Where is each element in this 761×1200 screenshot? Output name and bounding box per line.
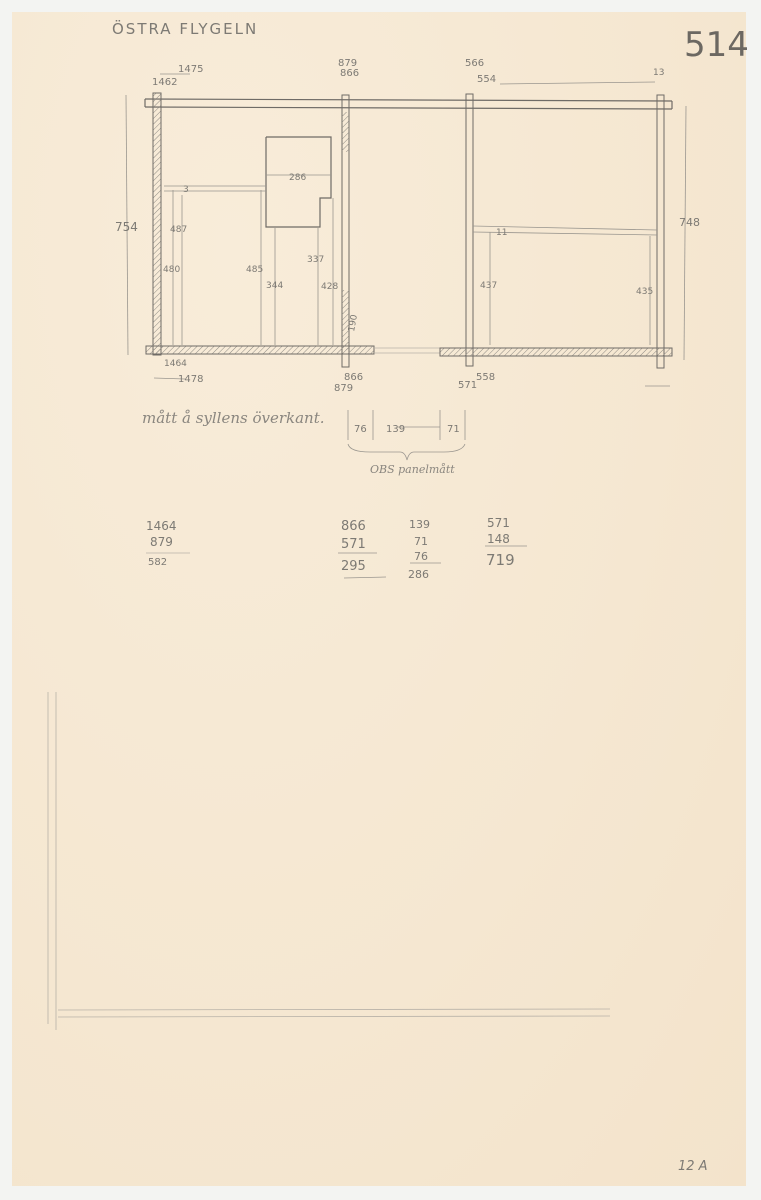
dim-right-gap: 11 [496,228,507,238]
dim-top-right-b: 554 [477,74,496,85]
panel-dim-3: 71 [447,424,460,435]
svg-text:295: 295 [341,559,366,574]
svg-text:719: 719 [486,551,515,569]
dim-small-gap: 3 [183,185,189,195]
calc-1: 1464 879 582 [146,519,190,568]
svg-text:866: 866 [341,519,366,534]
svg-text:571: 571 [487,516,510,530]
dim-right-total: 748 [679,216,700,229]
svg-text:286: 286 [408,568,429,581]
sheet-title: ÖSTRA FLYGELN [112,19,258,38]
dim-h-428: 428 [321,282,338,292]
dimension-lines [126,74,686,386]
panel-dim-2: 139 [386,424,405,435]
svg-text:1464: 1464 [146,519,177,533]
dim-top-far-right: 13 [653,68,664,78]
frame-lines [48,692,610,1030]
dim-h-485: 485 [246,265,263,275]
svg-text:582: 582 [148,557,167,568]
svg-text:76: 76 [414,550,428,563]
panel-note: OBS panelmått [370,463,455,476]
svg-text:879: 879 [150,535,173,549]
dim-bottom-mid-b: 879 [334,383,353,394]
dim-door-height: 190 [347,314,360,333]
dim-stair-width: 286 [289,173,306,183]
dim-bottom-left-b: 1478 [178,374,203,385]
wall-outline [145,93,672,368]
dim-h-480: 480 [163,265,180,275]
svg-text:139: 139 [409,518,430,531]
svg-text:71: 71 [414,535,428,548]
calc-3: 139 71 76 286 [408,518,441,581]
stair-block [164,137,657,235]
dim-top-mid-b: 866 [340,68,359,79]
panel-dimension-group [348,410,465,460]
dim-h-437: 437 [480,281,497,291]
measure-note: mått å syllens överkant. [142,409,325,427]
dim-top-left-a: 1475 [178,64,203,75]
dim-h-435: 435 [636,287,653,297]
dim-h-487: 487 [170,225,187,235]
dim-h-337: 337 [307,255,324,265]
panel-dim-1: 76 [354,424,367,435]
dim-left-total: 754 [115,220,138,234]
calc-2: 866 571 295 [338,519,386,578]
dim-bottom-left-a: 1464 [164,359,187,369]
svg-text:148: 148 [487,532,510,546]
calc-4: 571 148 719 [485,516,527,569]
dim-bottom-right-b: 558 [476,372,495,383]
dim-bottom-mid-a: 866 [344,372,363,383]
floor-plan-drawing: ÖSTRA FLYGELN 514 [0,0,761,1200]
dim-bottom-right-a: 571 [458,380,477,391]
sheet-number: 514 [684,25,749,65]
dim-top-right-a: 566 [465,58,484,69]
dim-h-344: 344 [266,281,283,291]
svg-text:571: 571 [341,537,366,552]
footer-mark: 12 A [678,1159,708,1174]
dim-top-left-b: 1462 [152,77,177,88]
